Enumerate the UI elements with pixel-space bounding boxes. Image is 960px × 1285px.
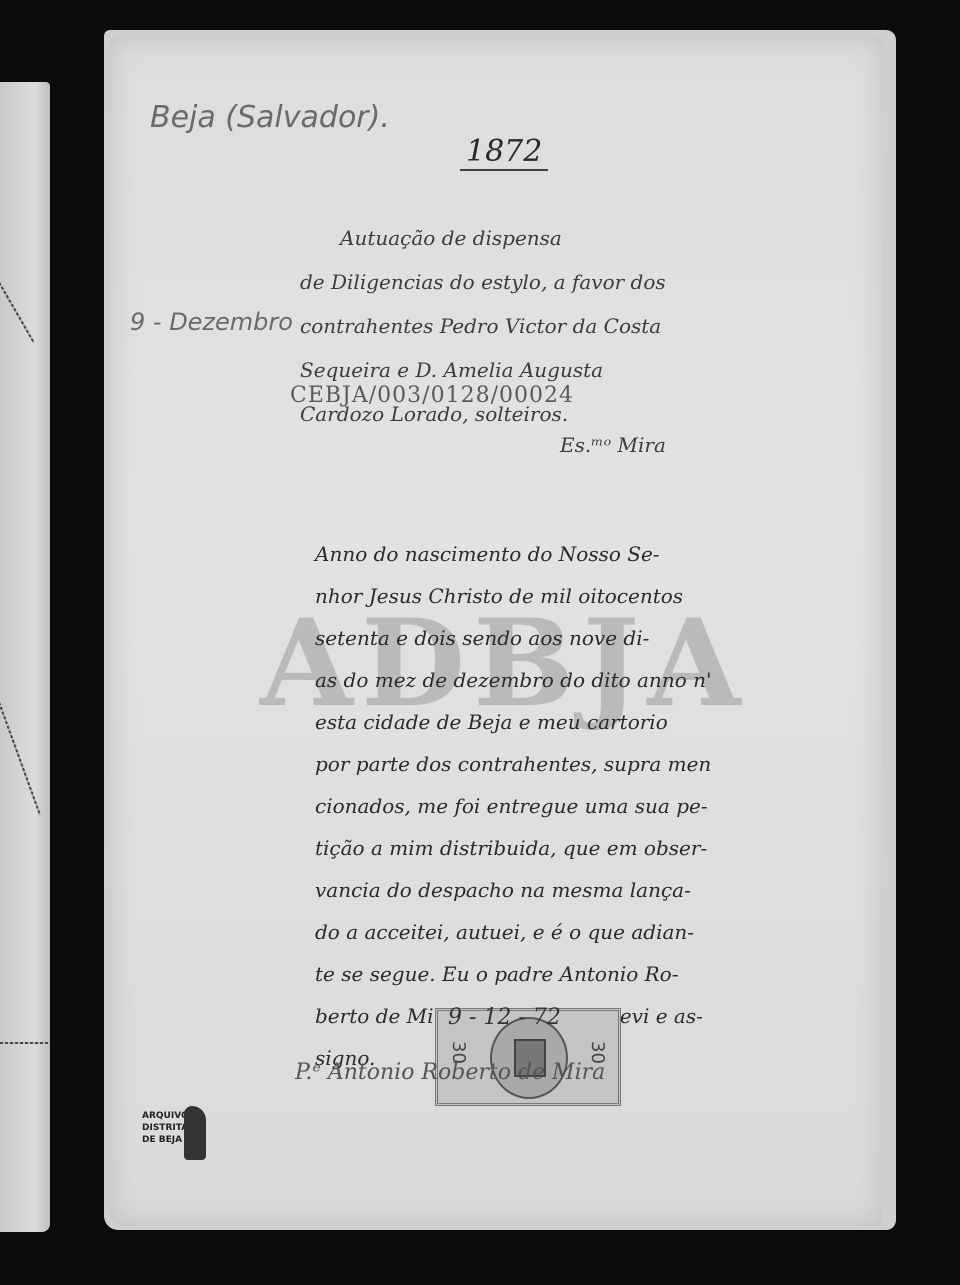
addressee: Es.ᵐᵒ Mira xyxy=(560,433,666,457)
place-heading: Beja (Salvador). xyxy=(150,100,390,135)
body-line: te se segue. Eu o padre Antonio Ro- xyxy=(315,953,711,995)
archive-seal: ARQUIVO DISTRITAL DE BEJA xyxy=(142,1110,212,1168)
body-line: vancia do despacho na mesma lança- xyxy=(315,869,711,911)
manuscript-page: Beja (Salvador). 1872 9 - Dezembro Autua… xyxy=(110,38,882,1226)
tax-stamp: 30 30 9 - 12 - 72 xyxy=(435,1008,621,1106)
stamp-date-overwrite: 9 - 12 - 72 xyxy=(448,1005,561,1030)
year-heading: 1872 xyxy=(460,134,548,171)
title-line: Autuação de dispensa xyxy=(300,216,666,260)
margin-date: 9 - Dezembro xyxy=(130,308,293,336)
body-line: cionados, me foi entregue uma sua pe- xyxy=(315,785,711,827)
body-line: nhor Jesus Christo de mil oitocentos xyxy=(315,575,711,617)
adjacent-page xyxy=(0,82,50,1232)
body-line: tição a mim distribuida, que em obser- xyxy=(315,827,711,869)
body-line: as do mez de dezembro do dito anno n' xyxy=(315,659,711,701)
body-line: setenta e dois sendo aos nove di- xyxy=(315,617,711,659)
body-line: Anno do nascimento do Nosso Se- xyxy=(315,533,711,575)
body-line: por parte dos contrahentes, supra men xyxy=(315,743,711,785)
binding-string xyxy=(0,282,35,344)
body-line: esta cidade de Beja e meu cartorio xyxy=(315,701,711,743)
bull-emblem-icon xyxy=(184,1106,206,1160)
title-line: de Diligencias do estylo, a favor dos xyxy=(300,260,666,304)
body-text: Anno do nascimento do Nosso Se- nhor Jes… xyxy=(315,533,711,1079)
reference-code: CEBJA/003/0128/00024 xyxy=(290,383,574,408)
title-line: contrahentes Pedro Victor da Costa xyxy=(300,304,666,348)
binding-string xyxy=(0,702,41,815)
body-line: do a acceitei, autuei, e é o que adian- xyxy=(315,911,711,953)
signature: P.ᵉ Antonio Roberto de Mira xyxy=(295,1060,605,1085)
binding-string xyxy=(0,1042,50,1044)
